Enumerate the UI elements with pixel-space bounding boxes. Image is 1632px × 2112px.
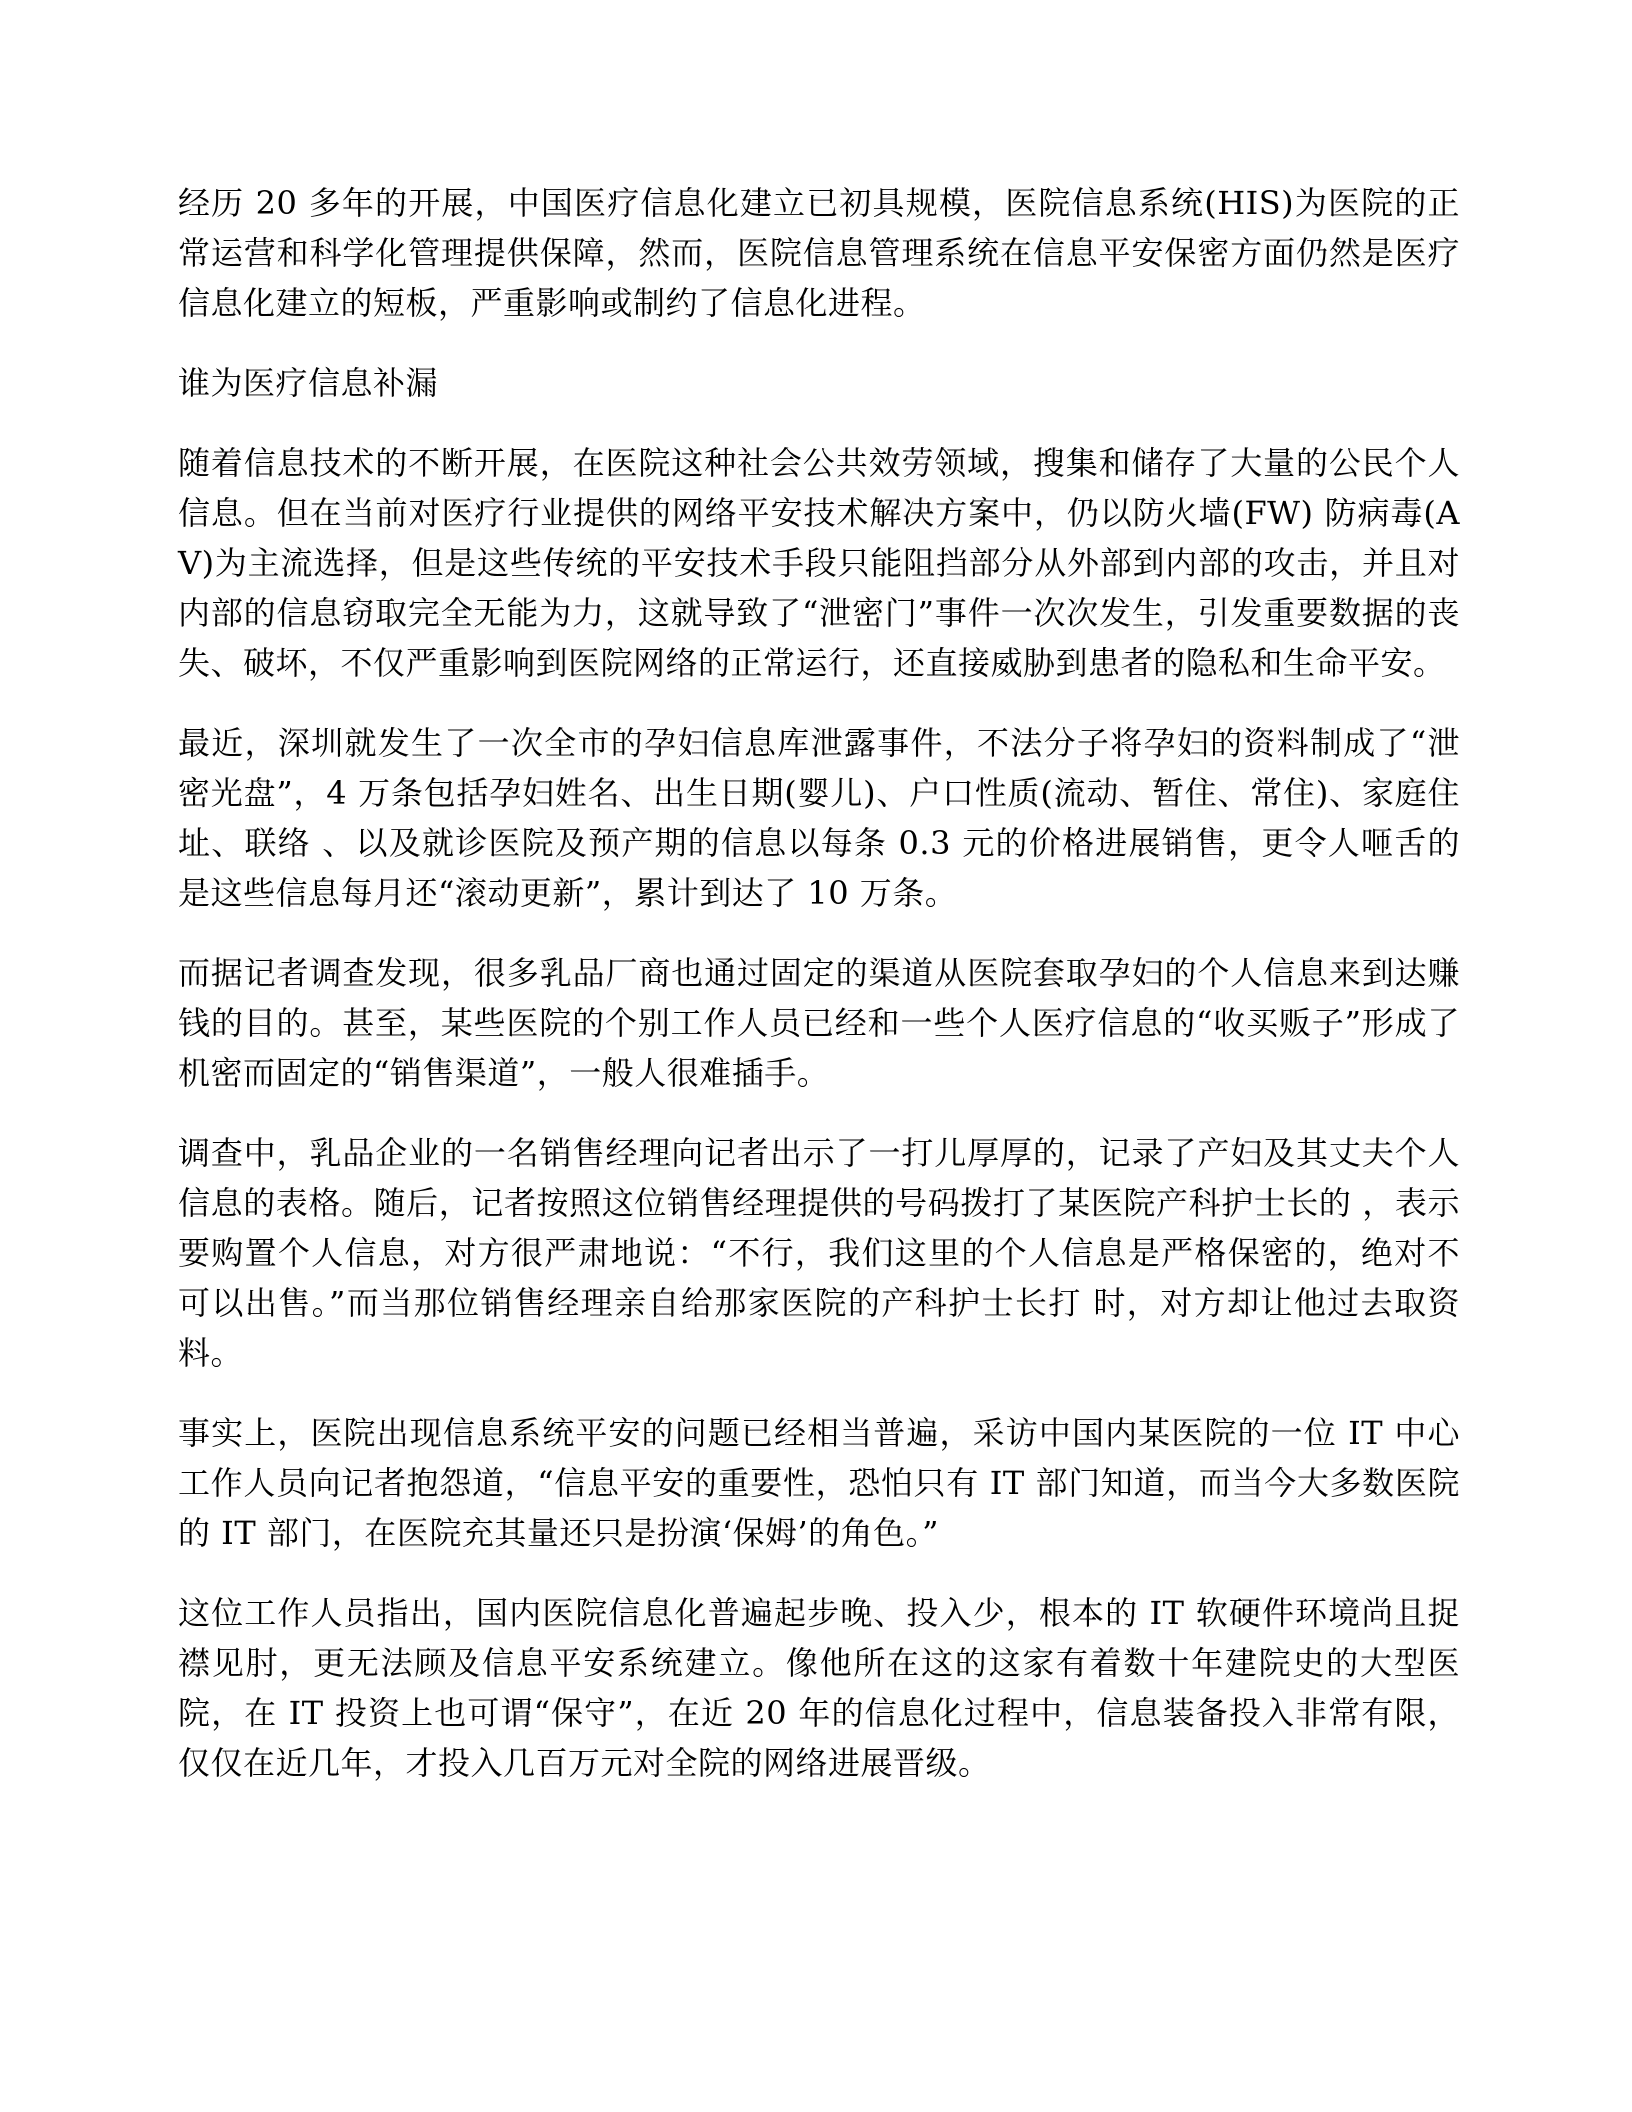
paragraph-sales-manager: 调查中，乳品企业的一名销售经理向记者出示了一打儿厚厚的，记录了产妇及其丈夫个人信… [178,1128,1460,1378]
paragraph-it-staff-complaint: 事实上，医院出现信息系统平安的问题已经相当普遍，采访中国内某医院的一位 IT 中… [178,1408,1460,1558]
paragraph-shenzhen-leak: 最近，深圳就发生了一次全市的孕妇信息库泄露事件，不法分子将孕妇的资料制成了“泄密… [178,718,1460,918]
section-heading: 谁为医疗信息补漏 [178,358,1460,408]
paragraph-info-tech: 随着信息技术的不断开展，在医院这种社会公共效劳领域，搜集和储存了大量的公民个人信… [178,438,1460,688]
document-page: 经历 20 多年的开展，中国医疗信息化建立已初具规模，医院信息系统(HIS)为医… [0,0,1632,2112]
paragraph-dairy-vendors: 而据记者调查发现，很多乳品厂商也通过固定的渠道从医院套取孕妇的个人信息来到达赚钱… [178,948,1460,1098]
paragraph-intro: 经历 20 多年的开展，中国医疗信息化建立已初具规模，医院信息系统(HIS)为医… [178,178,1460,328]
paragraph-it-investment: 这位工作人员指出，国内医院信息化普遍起步晚、投入少，根本的 IT 软硬件环境尚且… [178,1588,1460,1788]
